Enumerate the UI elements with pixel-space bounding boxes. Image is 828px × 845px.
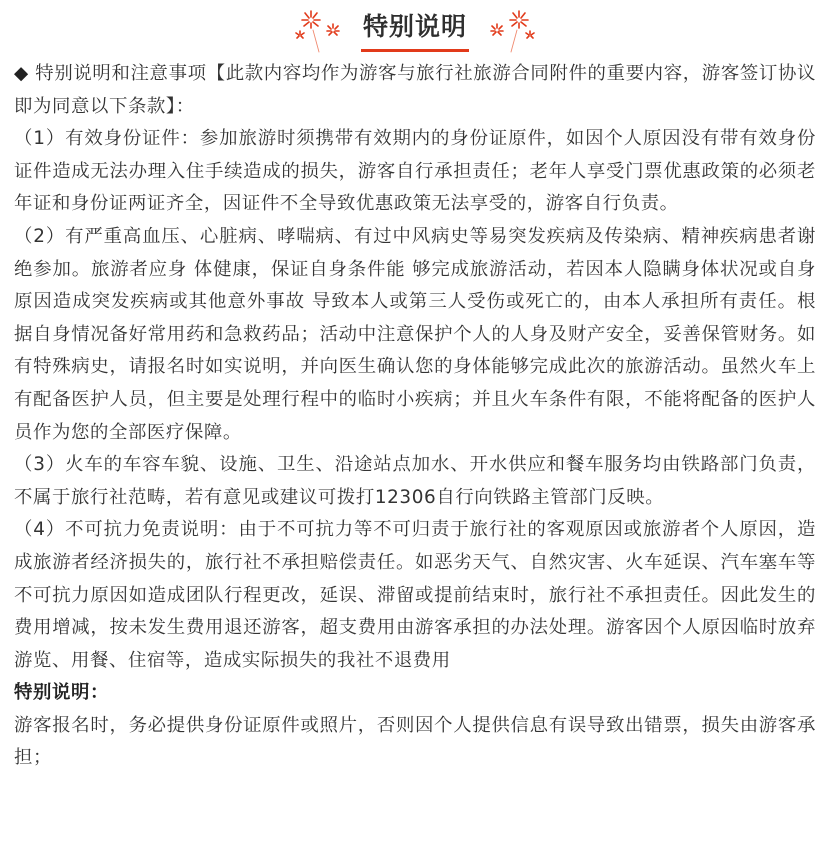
notice-page: 特别说明 [0,0,828,845]
header-inner: 特别说明 [293,8,537,54]
section-header: 特别说明 [14,0,816,58]
clause-2: （2）有严重高血压、心脏病、哮喘病、有过中风病史等易突发疾病及传染病、精神疾病患… [14,221,816,449]
clause-4: （4）不可抗力免责说明：由于不可抗力等不可归责于旅行社的客观原因或旅游者个人原因… [14,514,816,677]
intro-text: 特别说明和注意事项【此款内容均作为游客与旅行社旅游合同附件的重要内容，游客签订协… [14,63,816,117]
firework-icon [477,8,537,54]
notice-content: ◆ 特别说明和注意事项【此款内容均作为游客与旅行社旅游合同附件的重要内容，游客签… [14,58,816,775]
clause-3: （3）火车的车容车貌、设施、卫生、沿途站点加水、开水供应和餐车服务均由铁路部门负… [14,449,816,514]
diamond-bullet-icon: ◆ [14,63,29,84]
special-note-text: 游客报名时，务必提供身份证原件或照片，否则因个人提供信息有误导致出错票，损失由游… [14,710,816,775]
special-note-heading: 特别说明： [14,677,816,710]
firework-icon [293,8,353,54]
title-wrap: 特别说明 [363,10,467,52]
intro-paragraph: ◆ 特别说明和注意事项【此款内容均作为游客与旅行社旅游合同附件的重要内容，游客签… [14,58,816,123]
title-underline [361,49,469,52]
page-title: 特别说明 [363,10,467,44]
clause-1: （1）有效身份证件：参加旅游时须携带有效期内的身份证原件，如因个人原因没有带有效… [14,123,816,221]
